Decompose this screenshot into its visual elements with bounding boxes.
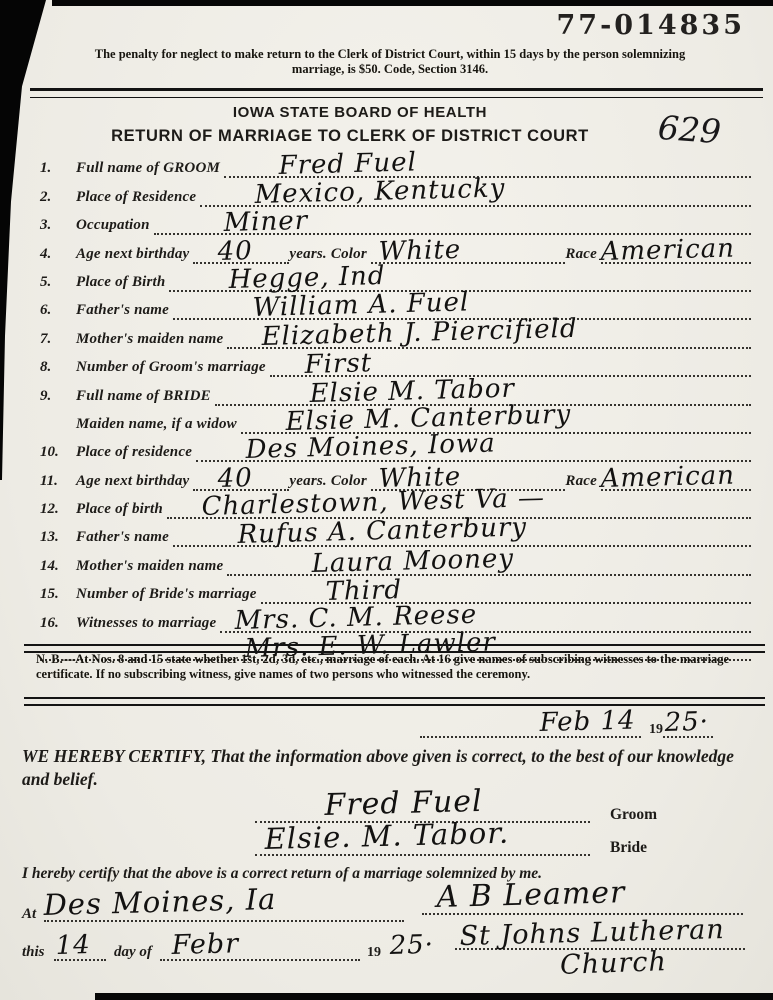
field-label: Mother's maiden name (76, 331, 227, 349)
field-bride-residence: 10. Place of residence Des Moines, Iowa (40, 434, 751, 462)
field-line: Laura Mooney (227, 548, 751, 576)
field-line: Des Moines, Iowa (196, 434, 751, 462)
handwritten-value: Laura Mooney (312, 544, 515, 579)
handwritten-value: Miner (223, 206, 308, 238)
field-line-age: 40 (193, 236, 289, 264)
field-number: 6. (40, 302, 76, 320)
field-label: Father's name (76, 529, 173, 547)
form-body: 1. Full name of GROOM Fred Fuel 2. Place… (40, 150, 751, 661)
field-line: Mexico, Kentucky (200, 179, 751, 207)
field-label: Place of Birth (76, 274, 169, 292)
handwritten-minister-signature: A B Leamer (436, 875, 626, 915)
handwritten-age: 40 (218, 236, 254, 267)
field-line: Rufus A. Canterbury (173, 519, 751, 547)
handwritten-month: Febr (171, 928, 239, 961)
race-label: Race (565, 473, 601, 491)
field-line: Third (261, 576, 751, 604)
field-label: Full name of GROOM (76, 160, 224, 178)
field-bride-birthplace: 12. Place of birth Charlestown, West Va … (40, 491, 751, 519)
certify-text: WE HEREBY CERTIFY, That the information … (22, 746, 734, 789)
bride-label: Bride (610, 839, 647, 857)
field-witnesses: 16. Witnesses to marriage Mrs. C. M. Ree… (40, 604, 751, 632)
handwritten-date: Feb 14 (539, 705, 636, 738)
field-label: Place of residence (76, 444, 196, 462)
field-line-race: American (601, 236, 751, 264)
handwritten-place: Des Moines, Ia (43, 882, 277, 922)
field-bride-marriage-number: 15. Number of Bride's marriage Third (40, 576, 751, 604)
bride-signature-row: Elsie. M. Tabor. Bride (255, 826, 725, 859)
handwritten-value: First (304, 348, 372, 380)
field-line: Miner (154, 207, 751, 235)
marriage-return-document: 77-014835 The penalty for neglect to mak… (0, 0, 773, 1000)
penalty-notice: The penalty for neglect to make return t… (90, 47, 690, 77)
field-number: 13. (40, 529, 76, 547)
handwritten-age: 40 (218, 463, 254, 494)
handwritten-race: American (600, 233, 735, 267)
field-label: Witnesses to marriage (76, 615, 220, 633)
handwritten-race: American (600, 460, 735, 494)
field-groom-occupation: 3. Occupation Miner (40, 207, 751, 235)
day-of-label: day of (114, 944, 152, 961)
certify-statement: WE HEREBY CERTIFY, That the information … (22, 745, 752, 791)
field-label: Mother's maiden name (76, 558, 227, 576)
date-line: Feb 14 (420, 706, 641, 738)
field-label: Age next birthday (76, 473, 193, 491)
scan-edge-bottom (95, 993, 773, 1000)
groom-label: Groom (610, 806, 657, 824)
minister-signature-line: A B Leamer (422, 885, 743, 915)
divider-rule (24, 697, 765, 706)
field-groom-father: 6. Father's name William A. Fuel (40, 292, 751, 320)
field-number: 16. (40, 615, 76, 633)
nb-note: N. B.—At Nos. 8 and 15 state whether 1st… (36, 652, 746, 682)
field-number: 11. (40, 473, 76, 491)
place-line: Des Moines, Ia (44, 892, 404, 922)
scan-edge-top (52, 0, 773, 6)
field-label: Maiden name, if a widow (76, 416, 241, 434)
field-groom-name: 1. Full name of GROOM Fred Fuel (40, 150, 751, 178)
field-line: Elizabeth J. Piercifield (227, 321, 751, 349)
field-bride-maiden-name: Maiden name, if a widow Elsie M. Canterb… (40, 406, 751, 434)
handwritten-color: White (378, 234, 461, 266)
handwritten-value: Mexico, Kentucky (254, 173, 505, 210)
field-number: 3. (40, 217, 76, 235)
minister-date-row: this 14 day of Febr 19 25· (22, 930, 442, 964)
field-label: Full name of BRIDE (76, 388, 215, 406)
field-number: 9. (40, 388, 76, 406)
handwritten-day: 14 (55, 930, 91, 961)
printed-year-prefix: 19 (367, 945, 381, 961)
month-line: Febr (160, 931, 360, 961)
day-line: 14 (54, 931, 106, 961)
this-label: this (22, 944, 45, 961)
signature-block: Fred Fuel Groom Elsie. M. Tabor. Bride (255, 793, 725, 859)
handwritten-year: 25· (389, 930, 434, 961)
field-line: Elsie M. Canterbury (241, 406, 751, 434)
field-bride-name: 9. Full name of BRIDE Elsie M. Tabor (40, 377, 751, 405)
handwritten-record-number: 629 (657, 108, 723, 151)
field-number: 7. (40, 331, 76, 349)
document-title: IOWA STATE BOARD OF HEALTH (0, 104, 720, 121)
at-label: At (22, 906, 36, 923)
field-line-age: 40 (193, 463, 289, 491)
race-label: Race (565, 246, 601, 264)
handwritten-year: 25· (664, 707, 709, 738)
handwritten-church-1: St Johns Lutheran (459, 914, 725, 952)
church-line: St Johns Lutheran (455, 920, 745, 950)
minister-statement: I hereby certify that the above is a cor… (22, 863, 752, 884)
field-label: Place of Residence (76, 189, 200, 207)
field-bride-mother: 14. Mother's maiden name Laura Mooney (40, 547, 751, 575)
document-subtitle: RETURN OF MARRIAGE TO CLERK OF DISTRICT … (0, 127, 700, 146)
year-line: 25· (663, 706, 713, 738)
field-label: Number of Groom's marriage (76, 359, 270, 377)
field-label: Number of Bride's marriage (76, 586, 261, 604)
field-label: Place of birth (76, 501, 167, 519)
field-label: Father's name (76, 302, 173, 320)
field-line-race: American (601, 463, 751, 491)
field-number: 15. (40, 586, 76, 604)
field-number: 2. (40, 189, 76, 207)
divider-rule (30, 88, 763, 98)
field-number: 14. (40, 558, 76, 576)
field-line-color: White (371, 236, 566, 264)
printed-year-prefix: 19 (649, 722, 663, 738)
field-bride-father: 13. Father's name Rufus A. Canterbury (40, 519, 751, 547)
stamp-file-number: 77-014835 (557, 10, 746, 41)
field-number: 4. (40, 246, 76, 264)
handwritten-bride-signature: Elsie. M. Tabor. (264, 816, 509, 856)
field-label: Age next birthday (76, 246, 193, 264)
field-label: Occupation (76, 217, 154, 235)
field-groom-residence: 2. Place of Residence Mexico, Kentucky (40, 178, 751, 206)
certification-date-line: Feb 14 19 25· (420, 708, 713, 742)
field-number: 5. (40, 274, 76, 292)
field-number: 8. (40, 359, 76, 377)
handwritten-value: Des Moines, Iowa (245, 429, 496, 466)
field-groom-mother: 7. Mother's maiden name Elizabeth J. Pie… (40, 320, 751, 348)
handwritten-church-2: Church (559, 946, 667, 981)
field-groom-age-color-race: 4. Age next birthday 40 years. Color Whi… (40, 235, 751, 263)
field-number: 1. (40, 160, 76, 178)
field-number: 10. (40, 444, 76, 462)
field-number: 12. (40, 501, 76, 519)
signature-line: Elsie. M. Tabor. (255, 854, 590, 856)
field-groom-birthplace: 5. Place of Birth Hegge, Ind (40, 264, 751, 292)
field-groom-marriage-number: 8. Number of Groom's marriage First (40, 349, 751, 377)
years-label: years. (289, 246, 330, 264)
